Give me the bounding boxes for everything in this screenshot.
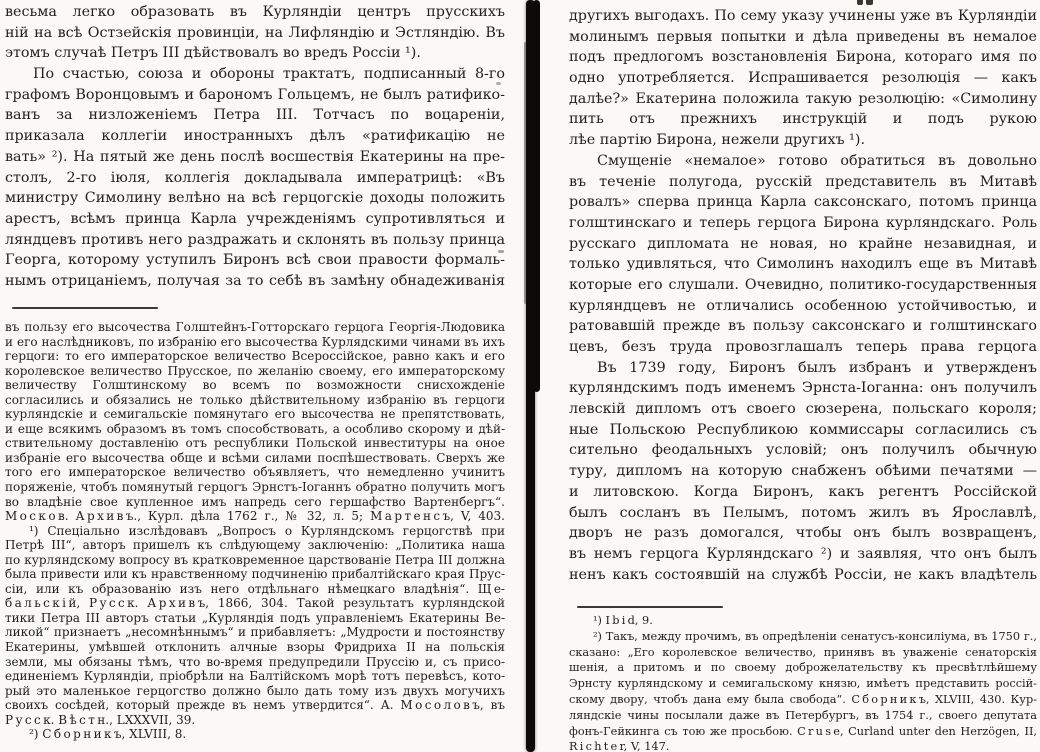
- right-page: другихъ выгодахъ. По сему указу учинены …: [569, 0, 1037, 585]
- text-line: была привести или къ нравственному подчи…: [5, 567, 505, 582]
- text-line: ратовавшій прежде въ пользу саксонскаго …: [569, 316, 1037, 337]
- text-line: дворъ не разъ домогался, чтобы онъ былъ …: [569, 523, 1037, 544]
- text-line: величеству Голштинскому во всемъ по возм…: [5, 378, 505, 393]
- text-line: подъ предлогомъ возстановленія Бирона, к…: [569, 47, 1037, 68]
- text-line: весьма легко образовать въ Курляндіи цен…: [5, 2, 505, 23]
- text-line: Петрѣ III“, авторъ пришелъ къ слѣдующему…: [5, 538, 505, 553]
- text-line: Екатерины, умѣвшей отклонить алчные взор…: [5, 640, 505, 655]
- text-line: б а л ь с к і й, Р у с с к. А р х и в ъ,…: [5, 596, 505, 611]
- gutter-shadow: [524, 42, 527, 304]
- text-line: избраніе его высочества обще и всѣми сил…: [5, 451, 505, 466]
- text-line: былъ сосланъ въ Пелымъ, потомъ жилъ въ Я…: [569, 503, 1037, 524]
- text-line: и еще всякимъ образомъ въ томъ способств…: [5, 422, 505, 437]
- text-line: ній на всѣ Остзейскія провинціи, на Лифл…: [5, 23, 505, 44]
- text-line: ные Польскою Республикою коммиссары согл…: [569, 420, 1037, 441]
- text-line: сказано: „Его королевское величество, пр…: [569, 645, 1037, 661]
- text-line: въ немъ герцога Курляндскаго ²) и заявля…: [569, 544, 1037, 565]
- text-line: фонъ-Гейкинга съ тою же просьбою. C r u …: [569, 724, 1037, 740]
- text-line: приказала коллегіи иностранныхъ дѣлъ «ра…: [5, 126, 505, 147]
- text-line: М о с к о в. А р х и в ъ., Курл. дѣла 17…: [5, 509, 505, 524]
- text-line: министру Симолину велѣно на всѣ герцогск…: [5, 188, 505, 209]
- text-line: которые его слушали. Очевидно, политико-…: [569, 275, 1037, 296]
- right-page-body-text: другихъ выгодахъ. По сему указу учинены …: [569, 6, 1037, 585]
- text-line: Эрнсту курляндскому и семигальскому княз…: [569, 676, 1037, 692]
- text-line: туру, дипломъ на которую снабженъ обѣими…: [569, 461, 1037, 482]
- left-page-footnotes: въ пользу его высочества Голштейнъ-Готто…: [5, 320, 505, 742]
- text-line: ликой“ признаетъ „несомнѣннымъ“ и прибав…: [5, 625, 505, 640]
- text-line: русскаго дипломата не новая, но крайне н…: [569, 234, 1037, 255]
- right-page-footnotes: ¹) I b i d, 9.²) Такъ, между прочимъ, въ…: [569, 613, 1037, 752]
- text-line: ляндцевъ противъ него раздражать и склон…: [5, 230, 505, 251]
- text-line: графомъ Воронцовымъ и барономъ Гольцемъ,…: [5, 85, 505, 106]
- text-line: ляндскіе чины посылали даже въ Петербург…: [569, 708, 1037, 724]
- text-line: шенія, а притомъ и по своему доброжелате…: [569, 660, 1037, 676]
- text-line: вать» ²). На пятый же день послѣ восшест…: [5, 147, 505, 168]
- text-line: согласились и обязались не только дѣйств…: [5, 393, 505, 408]
- text-line: R i c h t e r, V, 147.: [569, 739, 1037, 752]
- text-line: того его императорское величество объявл…: [5, 465, 505, 480]
- text-line: ненъ какъ состоявшій на службѣ Россіи, н…: [569, 565, 1037, 586]
- text-line: Георга, которому уступилъ Биронъ всѣ сво…: [5, 250, 505, 271]
- gutter-shadow: [533, 0, 540, 392]
- text-line: левскій дипломъ отъ своего сюзерена, пол…: [569, 399, 1037, 420]
- text-line: ¹) Спеціально изслѣдовавъ „Вопросъ о Кур…: [5, 524, 505, 539]
- text-line: ²) Такъ, между прочимъ, въ опредѣленіи с…: [569, 629, 1037, 645]
- text-line: тики Петра III авторъ статьи „Курляндія …: [5, 611, 505, 626]
- left-page-body-text: весьма легко образовать въ Курляндіи цен…: [5, 2, 505, 292]
- text-line: молинымъ первыя попытки и дѣла приведены…: [569, 27, 1037, 48]
- text-line: въ теченіе полугода, русскій представите…: [569, 172, 1037, 193]
- scan-smudge: [496, 82, 501, 85]
- text-line: столъ, 2-го іюля, коллегія докладывала и…: [5, 168, 505, 189]
- text-line: поряженіе, чтобъ помянутый герцогъ Эрнст…: [5, 480, 505, 495]
- right-footnote-separator: [577, 606, 723, 608]
- text-line: голштинскаго и теперь герцога Бирона кур…: [569, 213, 1037, 234]
- text-line: ствительному доставленію отъ республики …: [5, 436, 505, 451]
- text-line: курляндцевъ не отличались особенною усто…: [569, 296, 1037, 317]
- text-line: ¹) I b i d, 9.: [569, 613, 1037, 629]
- text-line: курляндскіе и семигальскіе помянутаго ег…: [5, 407, 505, 422]
- text-line: другихъ выгодахъ. По сему указу учинены …: [569, 6, 1037, 27]
- text-line: По счастью, союза и обороны трактатъ, по…: [5, 64, 505, 85]
- text-line: нымъ отрицаніемъ, получая за то себѣ въ …: [5, 271, 505, 292]
- text-line: лѣе партію Бирона, нежели другихъ ¹).: [569, 130, 1037, 151]
- text-line: ровалъ» сперва принца Карла саксонскаго,…: [569, 192, 1037, 213]
- text-line: одно употребляется. Испрашивается резолю…: [569, 68, 1037, 89]
- text-line: герцоги: то его императорское величество…: [5, 349, 505, 364]
- text-line: и его наслѣдниковъ, по избранію его высо…: [5, 335, 505, 350]
- text-line: по курляндскому вопросу въ кратковременн…: [5, 553, 505, 568]
- scan-smudge: [498, 250, 504, 253]
- text-line: этомъ случаѣ Петръ III дѣйствовалъ во вр…: [5, 43, 505, 64]
- text-line: и литовскою. Когда Биронъ, какъ регентъ …: [569, 482, 1037, 503]
- text-line: ²) С б о р н и к ъ, XLVIII, 8.: [5, 727, 505, 742]
- text-line: земли, мы обязаны тѣмъ, что во-время пре…: [5, 655, 505, 670]
- text-line: во владѣніе свое купленное имъ напредь с…: [5, 495, 505, 510]
- text-line: только удивляться, что Симолинъ находилъ…: [569, 254, 1037, 275]
- text-line: ванъ за низложеніемъ Петра III. Тотчасъ …: [5, 105, 505, 126]
- book-spread: весьма легко образовать въ Курляндіи цен…: [0, 0, 1040, 752]
- text-line: въ пользу его высочества Голштейнъ-Готто…: [5, 320, 505, 335]
- text-line: пить отъ прежнихъ инструкцій и подъ руко…: [569, 109, 1037, 130]
- text-line: курляндскимъ подъ именемъ Эрнста-Іоганна…: [569, 378, 1037, 399]
- text-line: Въ 1739 году, Биронъ былъ избранъ и утве…: [569, 358, 1037, 379]
- left-page: весьма легко образовать въ Курляндіи цен…: [5, 0, 505, 292]
- text-line: сительно феодальныхъ условій; онъ получи…: [569, 440, 1037, 461]
- text-line: королевское величество Прусское, по жела…: [5, 364, 505, 379]
- text-line: Смущеніе «немалое» готово обратиться въ …: [569, 151, 1037, 172]
- text-line: скому двору, чтобъ дана ему была свобода…: [569, 692, 1037, 708]
- text-line: Р у с с к. В ѣ с т н., LXXXVII, 39.: [5, 713, 505, 728]
- text-line: арестъ, всѣмъ принца Карла учрежденіямъ …: [5, 209, 505, 230]
- text-line: единеніемъ Курляндіи, пріобрѣли на Балті…: [5, 669, 505, 684]
- text-line: своихъ сосѣдей, который прежде въ немъ у…: [5, 698, 505, 713]
- text-line: цевъ, безъ труда провозглашалъ теперь пр…: [569, 337, 1037, 358]
- text-line: рый это маленькое герцогство должно было…: [5, 684, 505, 699]
- text-line: далѣе?» Екатерина положила такую резолюц…: [569, 89, 1037, 110]
- left-footnote-separator: [12, 307, 158, 309]
- text-line: сіи, или къ образованію изъ него отдѣльн…: [5, 582, 505, 597]
